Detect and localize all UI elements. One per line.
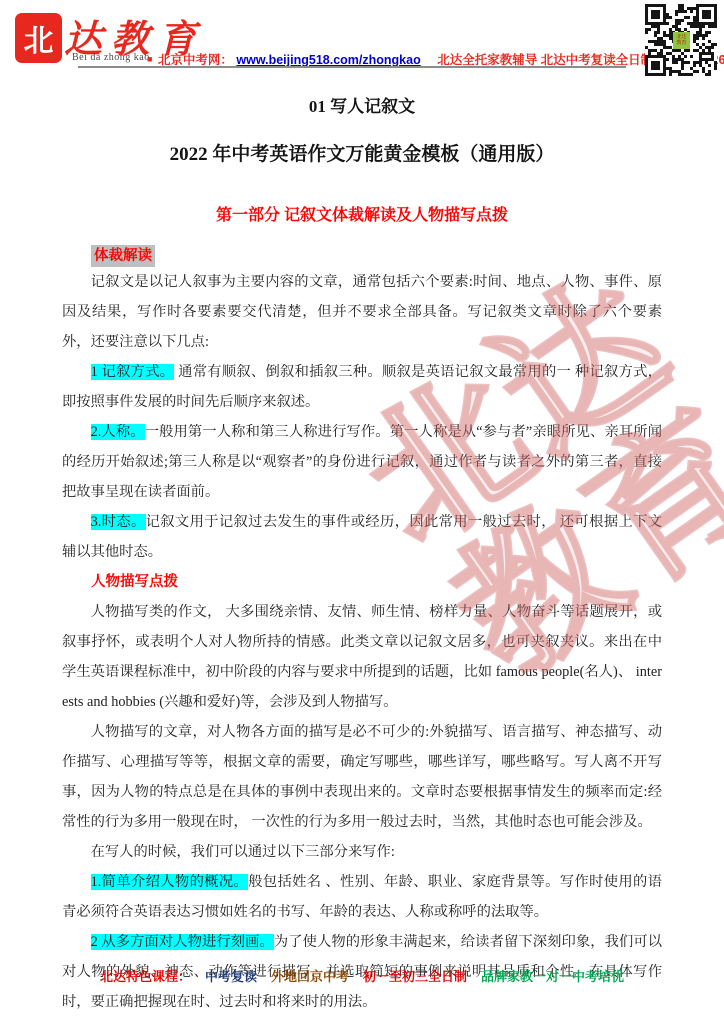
body-paragraph: 1 记叙方式。 通常有顺叙、倒叙和插叙三种。顺叙是英语记叙文最常用的一 种记叙方… — [62, 357, 662, 417]
site-label: 北京中考网： — [158, 53, 233, 67]
highlighted-text: 1 记叙方式。 — [91, 364, 175, 380]
doc-subtitle: 2022 年中考英语作文万能黄金模板（通用版） — [62, 139, 662, 166]
paragraph-text: 人物描写的文章，对人物各方面的描写是必不可少的:外貌描写、语言描写、神态描写、动… — [62, 724, 662, 830]
section-heading: 体裁解读 — [91, 245, 155, 267]
qr-center-logo: 北达 教育 — [673, 32, 690, 49]
body-paragraph: 人物描写的文章，对人物各方面的描写是必不可少的:外貌描写、语言描写、神态描写、动… — [62, 717, 662, 837]
highlighted-text: 2 从多方面对人物进行刻画。 — [91, 934, 274, 950]
paragraph-text: 在写人的时候，我们可以通过以下三部分来写作: — [91, 844, 395, 860]
beida-seal-logo: 北 — [16, 14, 61, 62]
square-bullet-icon: ■ — [147, 54, 152, 64]
highlighted-text: 1.简单介绍人物的概况。 — [91, 874, 249, 890]
paragraph-text: 一般用第一人称和第三人称进行写作。第一人称是从“参与者”亲眼所见、亲耳所闻的经历… — [62, 424, 662, 500]
body-paragraph: 2.人称。一般用第一人称和第三人称进行写作。第一人称是从“参与者”亲眼所见、亲耳… — [62, 417, 662, 507]
part-title: 第一部分 记叙文体裁解读及人物描写点拨 — [62, 202, 662, 225]
footer-segment: 外地回京中考 — [271, 969, 349, 984]
document-content: 01 写人记叙文 2022 年中考英语作文万能黄金模板（通用版） 第一部分 记叙… — [62, 86, 662, 1017]
qr-logo-text: 教育 — [676, 41, 686, 47]
page-footer: 北达特色课程：中考复读外地回京中考初一至初三全日制品牌家教一对一中考培优 — [0, 966, 724, 985]
doc-title: 01 写人记叙文 — [62, 92, 662, 117]
footer-segment: 中考复读 — [205, 969, 257, 984]
body-paragraph: 1.简单介绍人物的概况。般包括姓名 、性别、年龄、职业、家庭背景等。写作时使用的… — [62, 867, 662, 927]
body-paragraph: 3.时态。记叙文用于记叙过去发生的事件或经历，因此常用一般过去时， 还可根据上下… — [62, 507, 662, 567]
body-paragraph: 人物描写类的作文， 大多围绕亲情、友情、师生情、榜样力量、人物奋斗等话题展开，或… — [62, 597, 662, 717]
footer-segment: 品牌家教一对一中考培优 — [481, 969, 624, 984]
qr-code: 北达 教育 — [645, 4, 717, 76]
highlighted-text: 3.时态。 — [91, 514, 146, 530]
section-heading: 人物描写点拨 — [62, 567, 662, 597]
footer-segment: 北达特色课程： — [100, 969, 191, 984]
body-paragraph: 在写人的时候，我们可以通过以下三部分来写作: — [62, 837, 662, 867]
highlighted-text: 2.人称。 — [91, 424, 145, 440]
body-paragraph: 记叙文是以记人叙事为主要内容的文章，通常包括六个要素:时间、地点、人物、事件、原… — [62, 267, 662, 357]
site-url-link[interactable]: www.beijing518.com/zhongkao — [236, 53, 420, 67]
document-page: 北 达教育 Bei da zhong kao ■ 北京中考网： www.beij… — [0, 0, 724, 1024]
logo-subtext: Bei da zhong kao — [72, 52, 150, 63]
header-divider — [78, 66, 626, 68]
seal-character: 北 — [24, 16, 54, 60]
paragraph-text: 记叙文是以记人叙事为主要内容的文章，通常包括六个要素:时间、地点、人物、事件、原… — [62, 274, 662, 350]
paragraph-text: 记叙文用于记叙过去发生的事件或经历，因此常用一般过去时， 还可根据上下文辅以其他… — [62, 514, 662, 560]
paragraph-text: 人物描写类的作文， 大多围绕亲情、友情、师生情、榜样力量、人物奋斗等话题展开，或… — [62, 604, 662, 710]
footer-segment: 初一至初三全日制 — [363, 969, 467, 984]
document-body: 体裁解读记叙文是以记人叙事为主要内容的文章，通常包括六个要素:时间、地点、人物、… — [62, 237, 662, 1017]
